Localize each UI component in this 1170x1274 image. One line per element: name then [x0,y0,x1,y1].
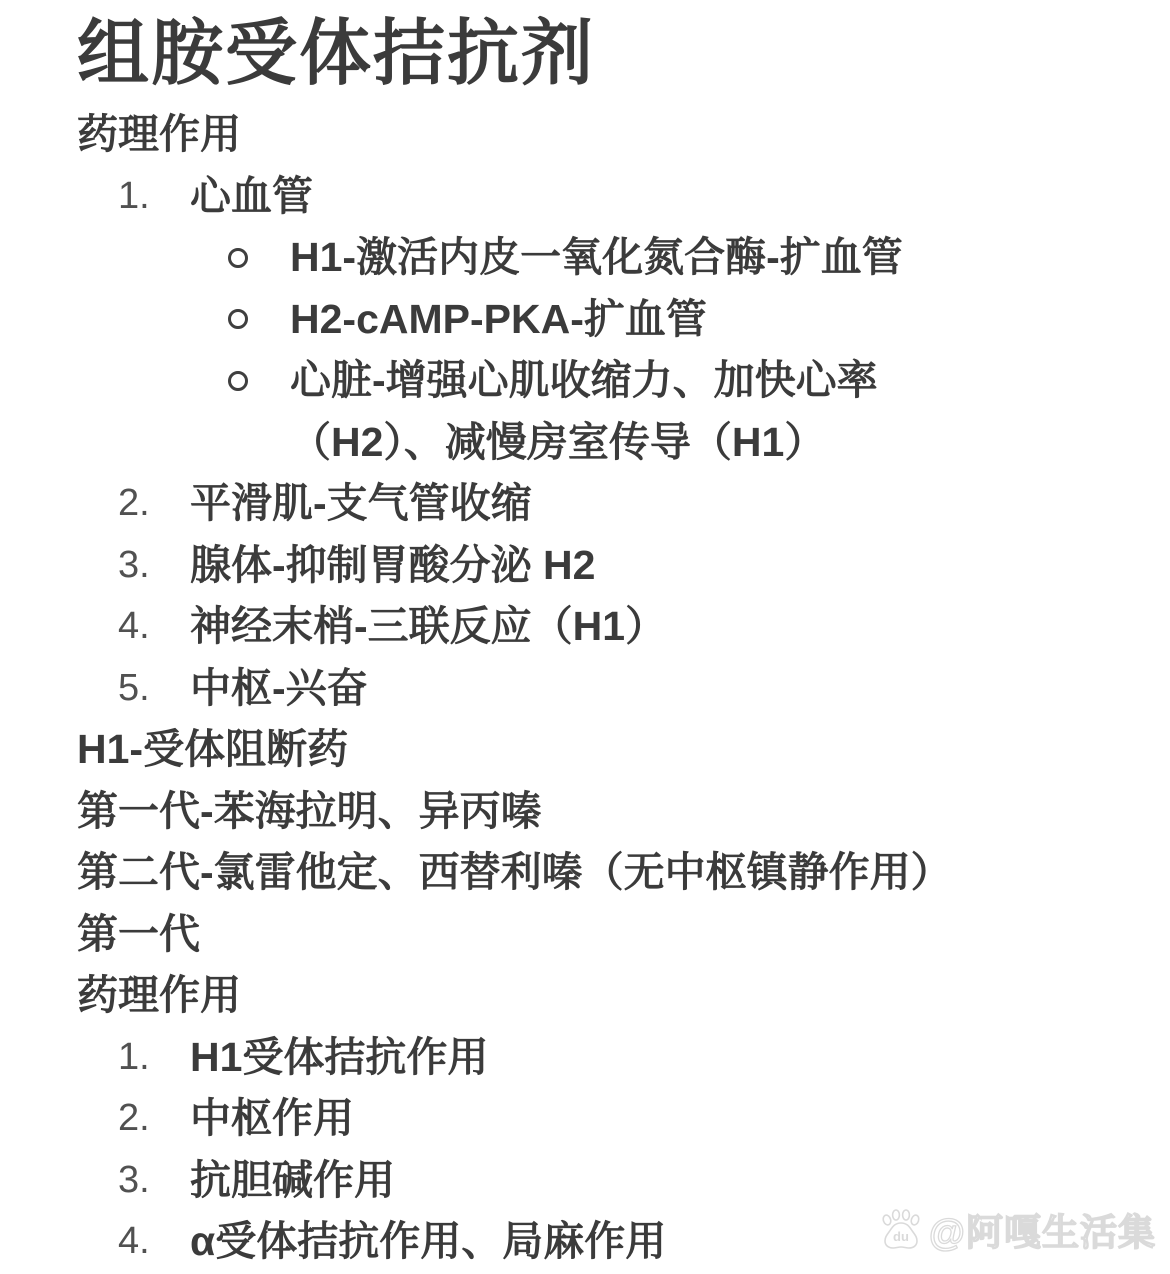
list-number: 2. [118,473,190,535]
numbered-item-cardiovascular: 1. 心血管 [77,166,1170,228]
numbered-item-cns: 5. 中枢-兴奋 [77,658,1170,720]
bullet-item-text: 心脏-增强心肌收缩力、加快心率 （H2）、减慢房室传导（H1） [290,350,878,473]
baidu-paw-icon: du [879,1207,923,1251]
numbered-item-nerve-ending: 4. 神经末梢-三联反应（H1） [77,596,1170,658]
page-title: 组胺受体拮抗剂 [77,4,1170,104]
bullet-item-text: H1-激活内皮一氧化氮合酶-扩血管 [290,227,903,289]
list-item-text: 抗胆碱作用 [190,1150,395,1212]
numbered-item-smooth-muscle: 2. 平滑肌-支气管收缩 [77,473,1170,535]
list-number: 4. [118,1211,190,1273]
list-item-text: 腺体-抑制胃酸分泌 H2 [190,535,595,597]
list-item-text: 神经末梢-三联反应（H1） [190,596,666,658]
baidu-paw-label: du [893,1229,909,1244]
bullet-item-text: H2-cAMP-PKA-扩血管 [290,289,707,351]
bullet-item-h1-no: H1-激活内皮一氧化氮合酶-扩血管 [77,227,1170,289]
list-number: 1. [118,166,190,228]
list-item-text: 平滑肌-支气管收缩 [190,473,532,535]
list-number: 4. [118,596,190,658]
note-document: 组胺受体拮抗剂 药理作用 1. 心血管 H1-激活内皮一氧化氮合酶-扩血管 H2… [0,0,1170,1274]
heading-pharmacology-1: 药理作用 [77,104,1170,166]
heading-first-generation: 第一代 [77,904,1170,966]
circle-bullet-icon [228,289,290,351]
circle-bullet-icon [228,227,290,289]
heading-pharmacology-2: 药理作用 [77,965,1170,1027]
numbered-item-central-effect: 2. 中枢作用 [77,1088,1170,1150]
list-item-text: 心血管 [190,166,313,228]
list-number: 1. [118,1027,190,1089]
watermark: du @阿嘎生活集 [879,1202,1156,1256]
list-item-text: α受体拮抗作用、局麻作用 [190,1211,666,1273]
list-number: 2. [118,1088,190,1150]
watermark-handle: @阿嘎生活集 [929,1202,1156,1256]
heading-first-generation-drugs: 第一代-苯海拉明、异丙嗪 [77,781,1170,843]
list-number: 3. [118,1150,190,1212]
bullet-item-h2-camp: H2-cAMP-PKA-扩血管 [77,289,1170,351]
heading-second-generation-drugs: 第二代-氯雷他定、西替利嗪（无中枢镇静作用） [77,842,1170,904]
circle-bullet-icon [228,350,290,412]
numbered-item-gland: 3. 腺体-抑制胃酸分泌 H2 [77,535,1170,597]
list-number: 3. [118,535,190,597]
numbered-item-h1-antagonism: 1. H1受体拮抗作用 [77,1027,1170,1089]
list-item-text: 中枢-兴奋 [190,658,368,720]
list-item-text: 中枢作用 [190,1088,354,1150]
heading-h1-blockers: H1-受体阻断药 [77,719,1170,781]
list-item-text: H1受体拮抗作用 [190,1027,488,1089]
list-number: 5. [118,658,190,720]
bullet-item-heart: 心脏-增强心肌收缩力、加快心率 （H2）、减慢房室传导（H1） [77,350,1170,473]
